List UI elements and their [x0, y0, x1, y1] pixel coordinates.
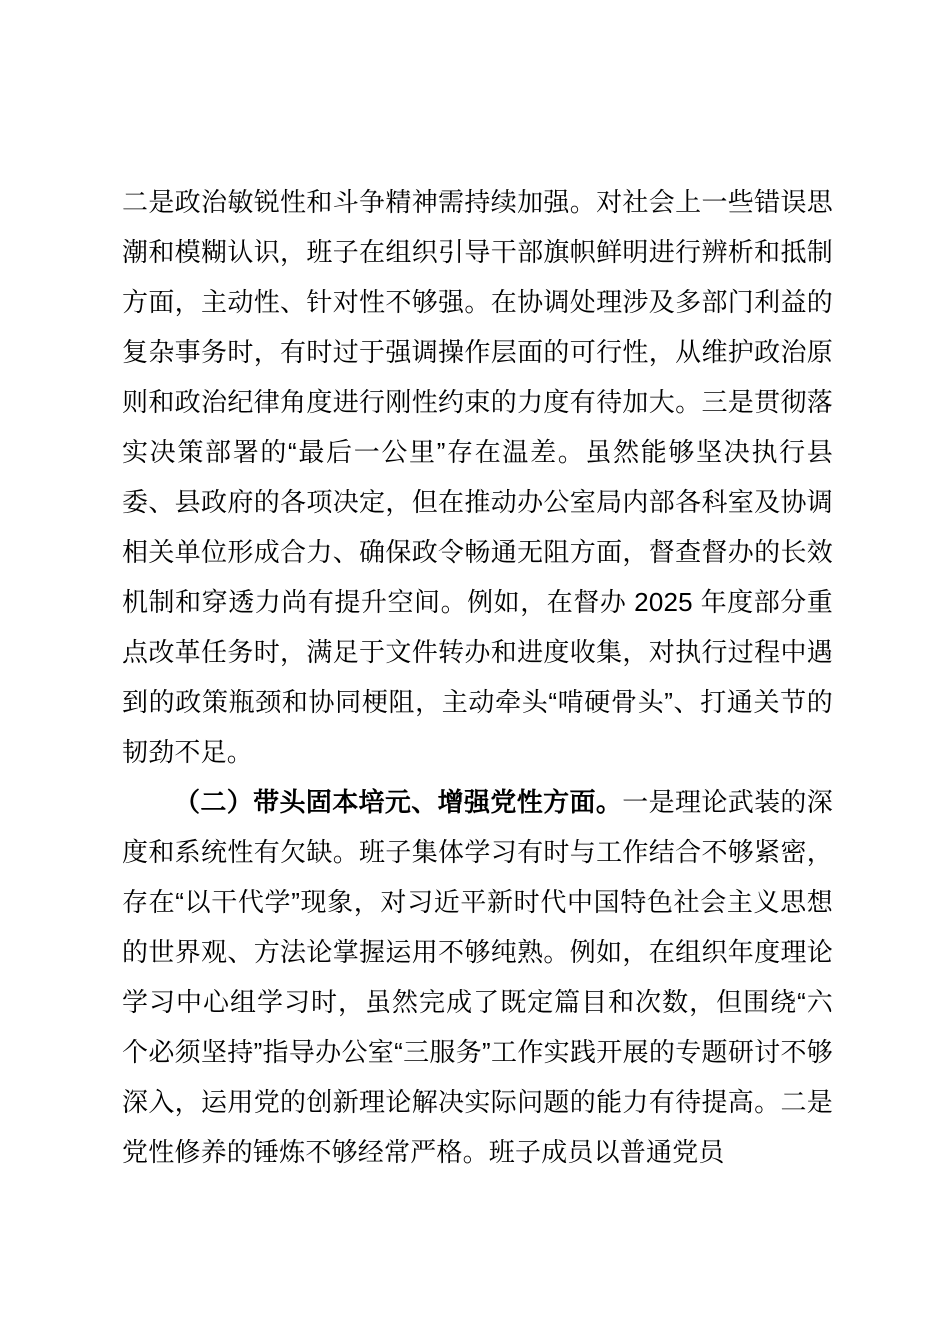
document-page: 二是政治敏锐性和斗争精神需持续加强。对社会上一些错误思潮和模糊认识，班子在组织引…: [0, 0, 950, 1344]
paragraph-text: 二是政治敏锐性和斗争精神需持续加强。对社会上一些错误思潮和模糊认识，班子在组织引…: [122, 187, 833, 767]
paragraph-lead-bold: （二）带头固本培元、增强党性方面。: [174, 787, 622, 817]
paragraph-party-spirit: （二）带头固本培元、增强党性方面。一是理论武装的深度和系统性有欠缺。班子集体学习…: [122, 777, 833, 1177]
paragraph-text: 一是理论武装的深度和系统性有欠缺。班子集体学习有时与工作结合不够紧密，存在“以干…: [122, 787, 833, 1167]
paragraph-political-sharpness: 二是政治敏锐性和斗争精神需持续加强。对社会上一些错误思潮和模糊认识，班子在组织引…: [122, 177, 833, 777]
